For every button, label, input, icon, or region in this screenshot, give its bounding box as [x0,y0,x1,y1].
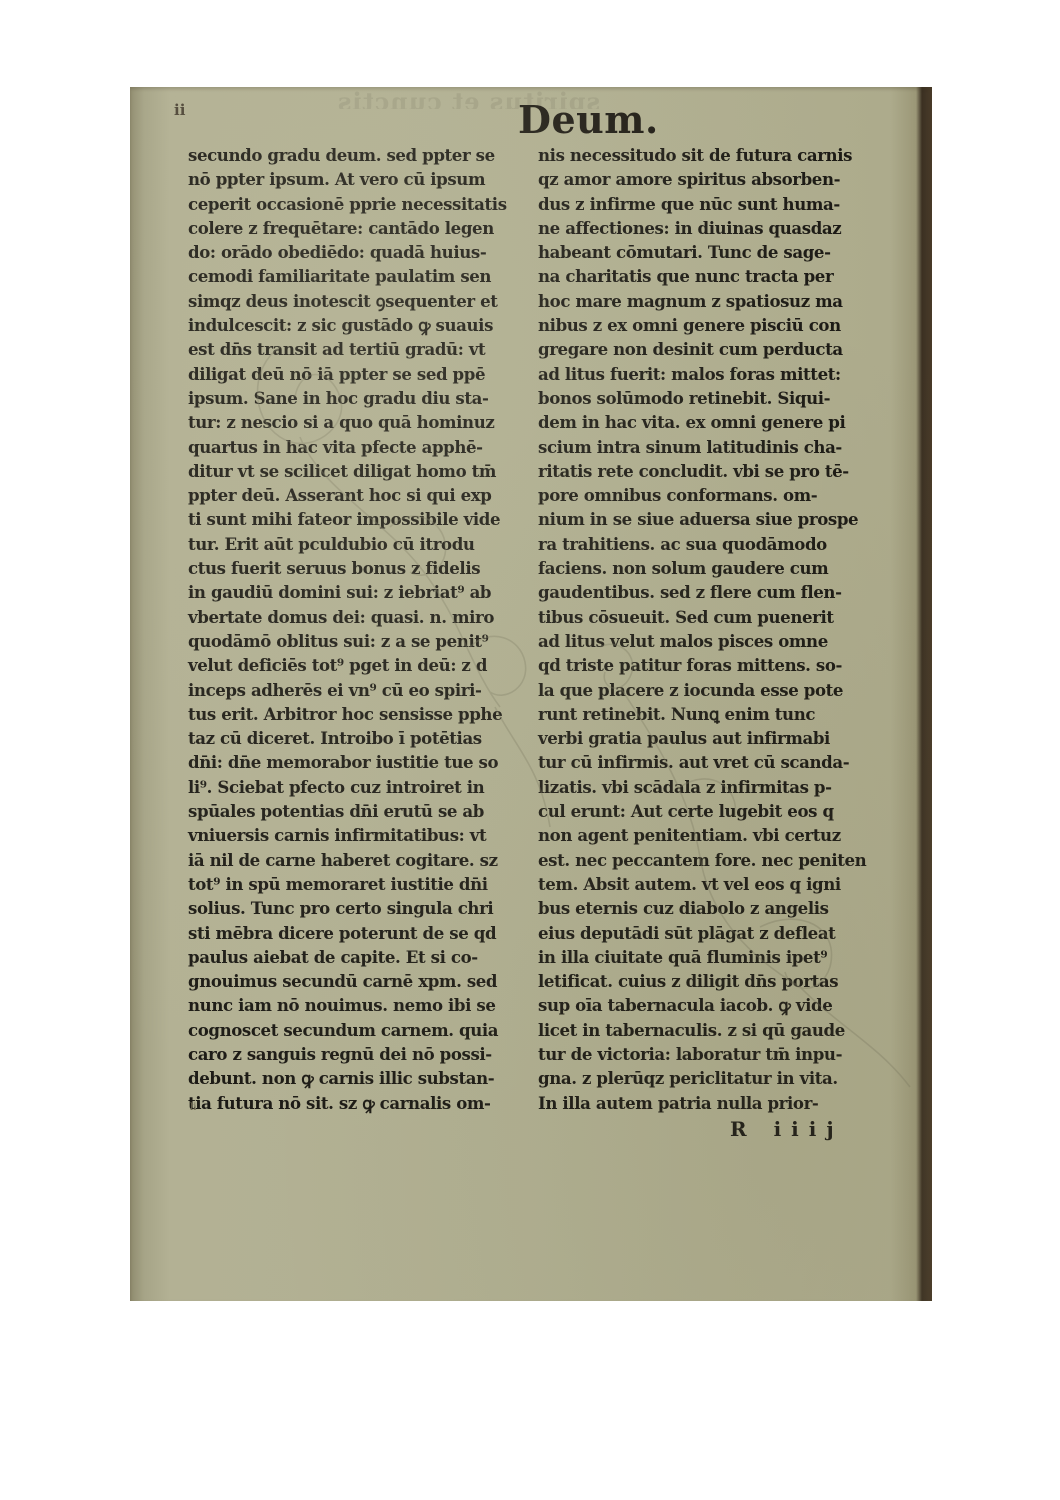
right-column-line: pore omnibus conformans. om- [538,483,873,507]
right-column-line: ad litus fuerit: malos foras mittet: [538,362,873,386]
left-column-line: gnouimus secundū carnē xpm. sed [188,969,523,993]
right-column-line: ad litus velut malos pisces omne [538,629,873,653]
right-column-line: eius deputādi sūt plāgat z defleat [538,921,873,945]
right-column-line: tibus cōsueuit. Sed cum puenerit [538,605,873,629]
right-column-line: est. nec peccantem fore. nec peniten [538,848,873,872]
right-column-line: gregare non desinit cum perducta [538,337,873,361]
right-column-line: nium in se siue aduersa siue prospe [538,507,873,531]
right-column-line: qd triste patitur foras mittens. so- [538,653,873,677]
left-column-line: in gaudiū domini sui: z iebriat⁹ ab [188,580,523,604]
left-column-line: ceperit occasionē pprie necessitatis [188,192,523,216]
left-column-line: simqz deus inotescit ꝯsequenter et [188,289,523,313]
right-column-line: sup oīa tabernacula iacob. ꝙ vide [538,993,873,1017]
left-column-line: ipsum. Sane in hoc gradu diu sta- [188,386,523,410]
right-column-line: lizatis. vbi scādala z infirmitas p- [538,775,873,799]
left-column-line: colere z frequētare: cantādo legen [188,216,523,240]
right-column-line: in illa ciuitate quā fluminis ipet⁹ [538,945,873,969]
left-column-line: indulcescit: z sic gustādo ꝙ suauis [188,313,523,337]
left-column-line: velut deficiēs tot⁹ pget in deū: z d [188,653,523,677]
right-column-line: scium intra sinum latitudinis cha- [538,435,873,459]
left-column-line: cognoscet secundum carnem. quia [188,1018,523,1042]
right-column-line: runt retinebit. Nunꝗ enim tunc [538,702,873,726]
right-column-line: cul erunt: Aut certe lugebit eos q [538,799,873,823]
right-column-line: ne affectiones: in diuinas quasdaz [538,216,873,240]
left-column-line: taz cū diceret. Introibo ī potētias [188,726,523,750]
left-column-line: sti mēbra dicere poterunt de se qd [188,921,523,945]
left-column-line: nunc iam nō nouimus. nemo ibi se [188,993,523,1017]
right-column-line: tur cū infirmis. aut vret cū scanda- [538,750,873,774]
left-column-line: tia futura nō sit. sz ꝙ carnalis om- [188,1091,523,1115]
right-column-line: gaudentibus. sed z flere cum flen- [538,580,873,604]
left-column-line: tur: z nescio si a quo quā hominuz [188,410,523,434]
right-column-line: la que placere z iocunda esse pote [538,678,873,702]
left-column-line: debunt. non ꝙ carnis illic substan- [188,1066,523,1090]
left-column-line: quodāmō oblitus sui: z a se penit⁹ [188,629,523,653]
book-page: spiritus et cunctis ii Deum. secundo gra… [130,87,932,1301]
left-column-line: vbertate domus dei: quasi. n. miro [188,605,523,629]
right-column-line: ra trahitiens. ac sua quodāmodo [538,532,873,556]
right-column-line: nibus z ex omni genere pisciū con [538,313,873,337]
right-column-line: bus eternis cuz diabolo z angelis [538,896,873,920]
right-column-line: verbi gratia paulus aut infirmabi [538,726,873,750]
left-column-line: li⁹. Sciebat pfecto cuz introiret in [188,775,523,799]
left-column-line: nō ppter ipsum. At vero cū ipsum [188,167,523,191]
left-column-line: do: orādo obediēdo: quadā huius- [188,240,523,264]
right-column-line: faciens. non solum gaudere cum [538,556,873,580]
left-column-line: secundo gradu deum. sed ppter se [188,143,523,167]
left-column-line: diligat deū nō iā ppter se sed ppē [188,362,523,386]
right-column-line: licet in tabernaculis. z si qū gaude [538,1018,873,1042]
left-column-line: quartus in hac vita pfecte apphē- [188,435,523,459]
left-column-line: tus erit. Arbitror hoc sensisse pphe [188,702,523,726]
right-column: nis necessitudo sit de futura carnisqz a… [538,143,873,1115]
left-column-line: tot⁹ in spū memoraret iustitie dn̄i [188,872,523,896]
left-column-line: cemodi familiaritate paulatim sen [188,264,523,288]
left-column-line: tur. Erit aūt pculdubio cū itrodu [188,532,523,556]
left-column-line: paulus aiebat de capite. Et si co- [188,945,523,969]
left-column-line: caro z sanguis regnū dei nō possi- [188,1042,523,1066]
running-head: Deum. [518,97,659,142]
right-column-line: dem in hac vita. ex omni genere pi [538,410,873,434]
left-column-line: est dn̄s transit ad tertiū gradū: vt [188,337,523,361]
right-column-line: qz amor amore spiritus absorben- [538,167,873,191]
right-column-line: tur de victoria: laboratur tm̄ inpu- [538,1042,873,1066]
right-column-line: non agent penitentiam. vbi certuz [538,823,873,847]
left-column-line: inceps adherēs ei vn⁹ cū eo spiri- [188,678,523,702]
right-column-line: letificat. cuius z diligit dn̄s portas [538,969,873,993]
right-column-line: hoc mare magnum z spatiosuz ma [538,289,873,313]
left-column-line: ctus fuerit seruus bonus z fidelis [188,556,523,580]
left-column-line: ti sunt mihi fateor impossibile vide [188,507,523,531]
left-column-line: ditur vt se scilicet diligat homo tm̄ [188,459,523,483]
right-column-line: In illa autem patria nulla prior- [538,1091,873,1115]
left-column-line: vniuersis carnis infirmitatibus: vt [188,823,523,847]
right-column-line: bonos solūmodo retinebit. Siqui- [538,386,873,410]
right-column-line: gna. z plerūqz periclitatur in vita. [538,1066,873,1090]
signature-mark: R iiij [730,1117,844,1141]
right-column-line: tem. Absit autem. vt vel eos q igni [538,872,873,896]
left-column-line: solius. Tunc pro certo singula chri [188,896,523,920]
left-column: secundo gradu deum. sed ppter senō ppter… [188,143,523,1115]
right-column-line: ritatis rete concludit. vbi se pro tē- [538,459,873,483]
right-column-line: dus z infirme que nūc sunt huma- [538,192,873,216]
left-column-line: iā nil de carne haberet cogitare. sz [188,848,523,872]
left-column-line: spūales potentias dn̄i erutū se ab [188,799,523,823]
left-column-line: ppter deū. Asserant hoc si qui exp [188,483,523,507]
right-column-line: nis necessitudo sit de futura carnis [538,143,873,167]
folio-mark: ii [174,101,185,119]
right-column-line: habeant cōmutari. Tunc de sage- [538,240,873,264]
right-column-line: na charitatis que nunc tracta per [538,264,873,288]
left-column-line: dn̄i: dn̄e memorabor iustitie tue so [188,750,523,774]
stray-mark: li [190,1102,196,1113]
